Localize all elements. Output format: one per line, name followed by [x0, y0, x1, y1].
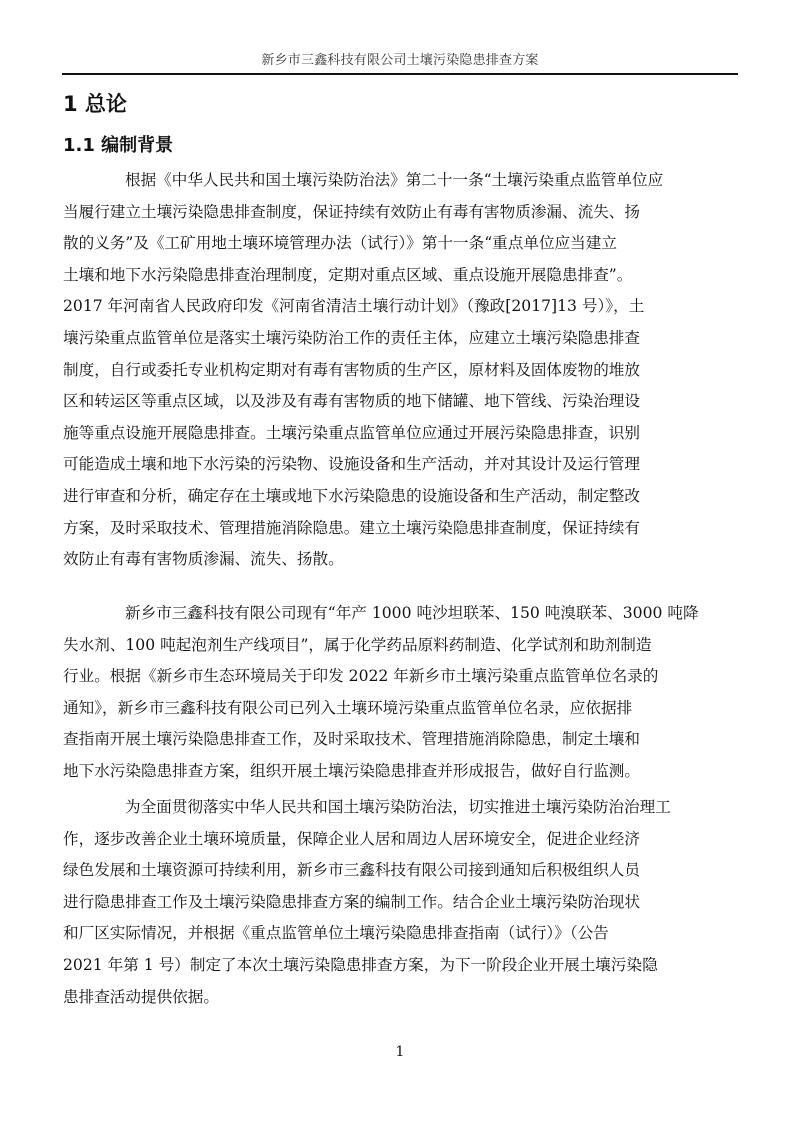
text-line: 和厂区实际情况，并根据《重点监管单位土壤污染隐患排查指南（试行）》（公告 [63, 918, 725, 950]
text-line: 查指南开展土壤污染隐患排查工作，及时采取技术、管理措施消除隐患，制定土壤和 [63, 724, 725, 756]
header-rule-right [461, 73, 738, 75]
text-line: 作，逐步改善企业土壤环境质量，保障企业人居和周边人居环境安全，促进企业经济 [63, 824, 725, 856]
text-line: 效防止有毒有害物质渗漏、流失、扬散。 [63, 544, 725, 576]
text-line: 新乡市三鑫科技有限公司现有“年产 1000 吨沙坦联苯、150 吨溴联苯、300… [63, 598, 725, 630]
text-line: 当履行建立土壤污染隐患排查制度，保证持续有效防止有毒有害物质渗漏、流失、扬 [63, 197, 725, 229]
text-line: 进行审查和分析，确定存在土壤或地下水污染隐患的设施设备和生产活动，制定整改 [63, 481, 725, 513]
text-line: 施等重点设施开展隐患排查。土壤污染重点监管单位应通过开展污染隐患排查，识别 [63, 418, 725, 450]
running-header: 新乡市三鑫科技有限公司土壤污染隐患排查方案 [0, 49, 800, 68]
page-number: 1 [0, 1044, 800, 1060]
text-line: 散的义务”及《工矿用地土壤环境管理办法（试行）》第十一条“重点单位应当建立 [63, 228, 725, 260]
paragraph-company-status: 新乡市三鑫科技有限公司现有“年产 1000 吨沙坦联苯、150 吨溴联苯、300… [93, 598, 725, 788]
paragraph-background-legal: 根据《中华人民共和国土壤污染防治法》第二十一条“土壤污染重点监管单位应 当履行建… [93, 165, 725, 576]
text-line: 进行隐患排查工作及土壤污染隐患排查方案的编制工作。结合企业土壤污染防治现状 [63, 887, 725, 919]
text-line: 2017 年河南省人民政府印发《河南省清洁土壤行动计划》（豫政[2017]13 … [63, 291, 725, 323]
text-line: 2021 年第 1 号）制定了本次土壤污染隐患排查方案，为下一阶段企业开展土壤污… [63, 950, 725, 982]
section-heading: 1.1 编制背景 [63, 131, 173, 157]
text-line: 方案，及时采取技术、管理措施消除隐患。建立土壤污染隐患排查制度，保证持续有 [63, 513, 725, 545]
text-line: 行业。根据《新乡市生态环境局关于印发 2022 年新乡市土壤污染重点监管单位名录… [63, 661, 725, 693]
text-line: 患排查活动提供依据。 [63, 982, 725, 1014]
chapter-heading: 1 总论 [63, 88, 127, 118]
text-line: 土壤和地下水污染隐患排查治理制度，定期对重点区域、重点设施开展隐患排查”。 [63, 260, 725, 292]
text-line: 区和转运区等重点区域，以及涉及有毒有害物质的地下储罐、地下管线、污染治理设 [63, 386, 725, 418]
text-line: 为全面贯彻落实中华人民共和国土壤污染防治法，切实推进土壤污染防治治理工 [63, 792, 725, 824]
header-rule-left [62, 73, 461, 75]
text-line: 绿色发展和土壤资源可持续利用，新乡市三鑫科技有限公司接到通知后积极组织人员 [63, 855, 725, 887]
text-line: 可能造成土壤和地下水污染的污染物、设施设备和生产活动，并对其设计及运行管理 [63, 449, 725, 481]
text-line: 通知》，新乡市三鑫科技有限公司已列入土壤环境污染重点监管单位名录，应依据排 [63, 693, 725, 725]
text-line: 制度，自行或委托专业机构定期对有毒有害物质的生产区，原材料及固体废物的堆放 [63, 355, 725, 387]
text-line: 根据《中华人民共和国土壤污染防治法》第二十一条“土壤污染重点监管单位应 [63, 165, 725, 197]
paragraph-purpose: 为全面贯彻落实中华人民共和国土壤污染防治法，切实推进土壤污染防治治理工 作，逐步… [93, 792, 725, 1013]
text-line: 壤污染重点监管单位是落实土壤污染防治工作的责任主体，应建立土壤污染隐患排查 [63, 323, 725, 355]
text-line: 失水剂、100 吨起泡剂生产线项目”，属于化学药品原料药制造、化学试剂和助剂制造 [63, 630, 725, 662]
text-line: 地下水污染隐患排查方案，组织开展土壤污染隐患排查并形成报告，做好自行监测。 [63, 756, 725, 788]
